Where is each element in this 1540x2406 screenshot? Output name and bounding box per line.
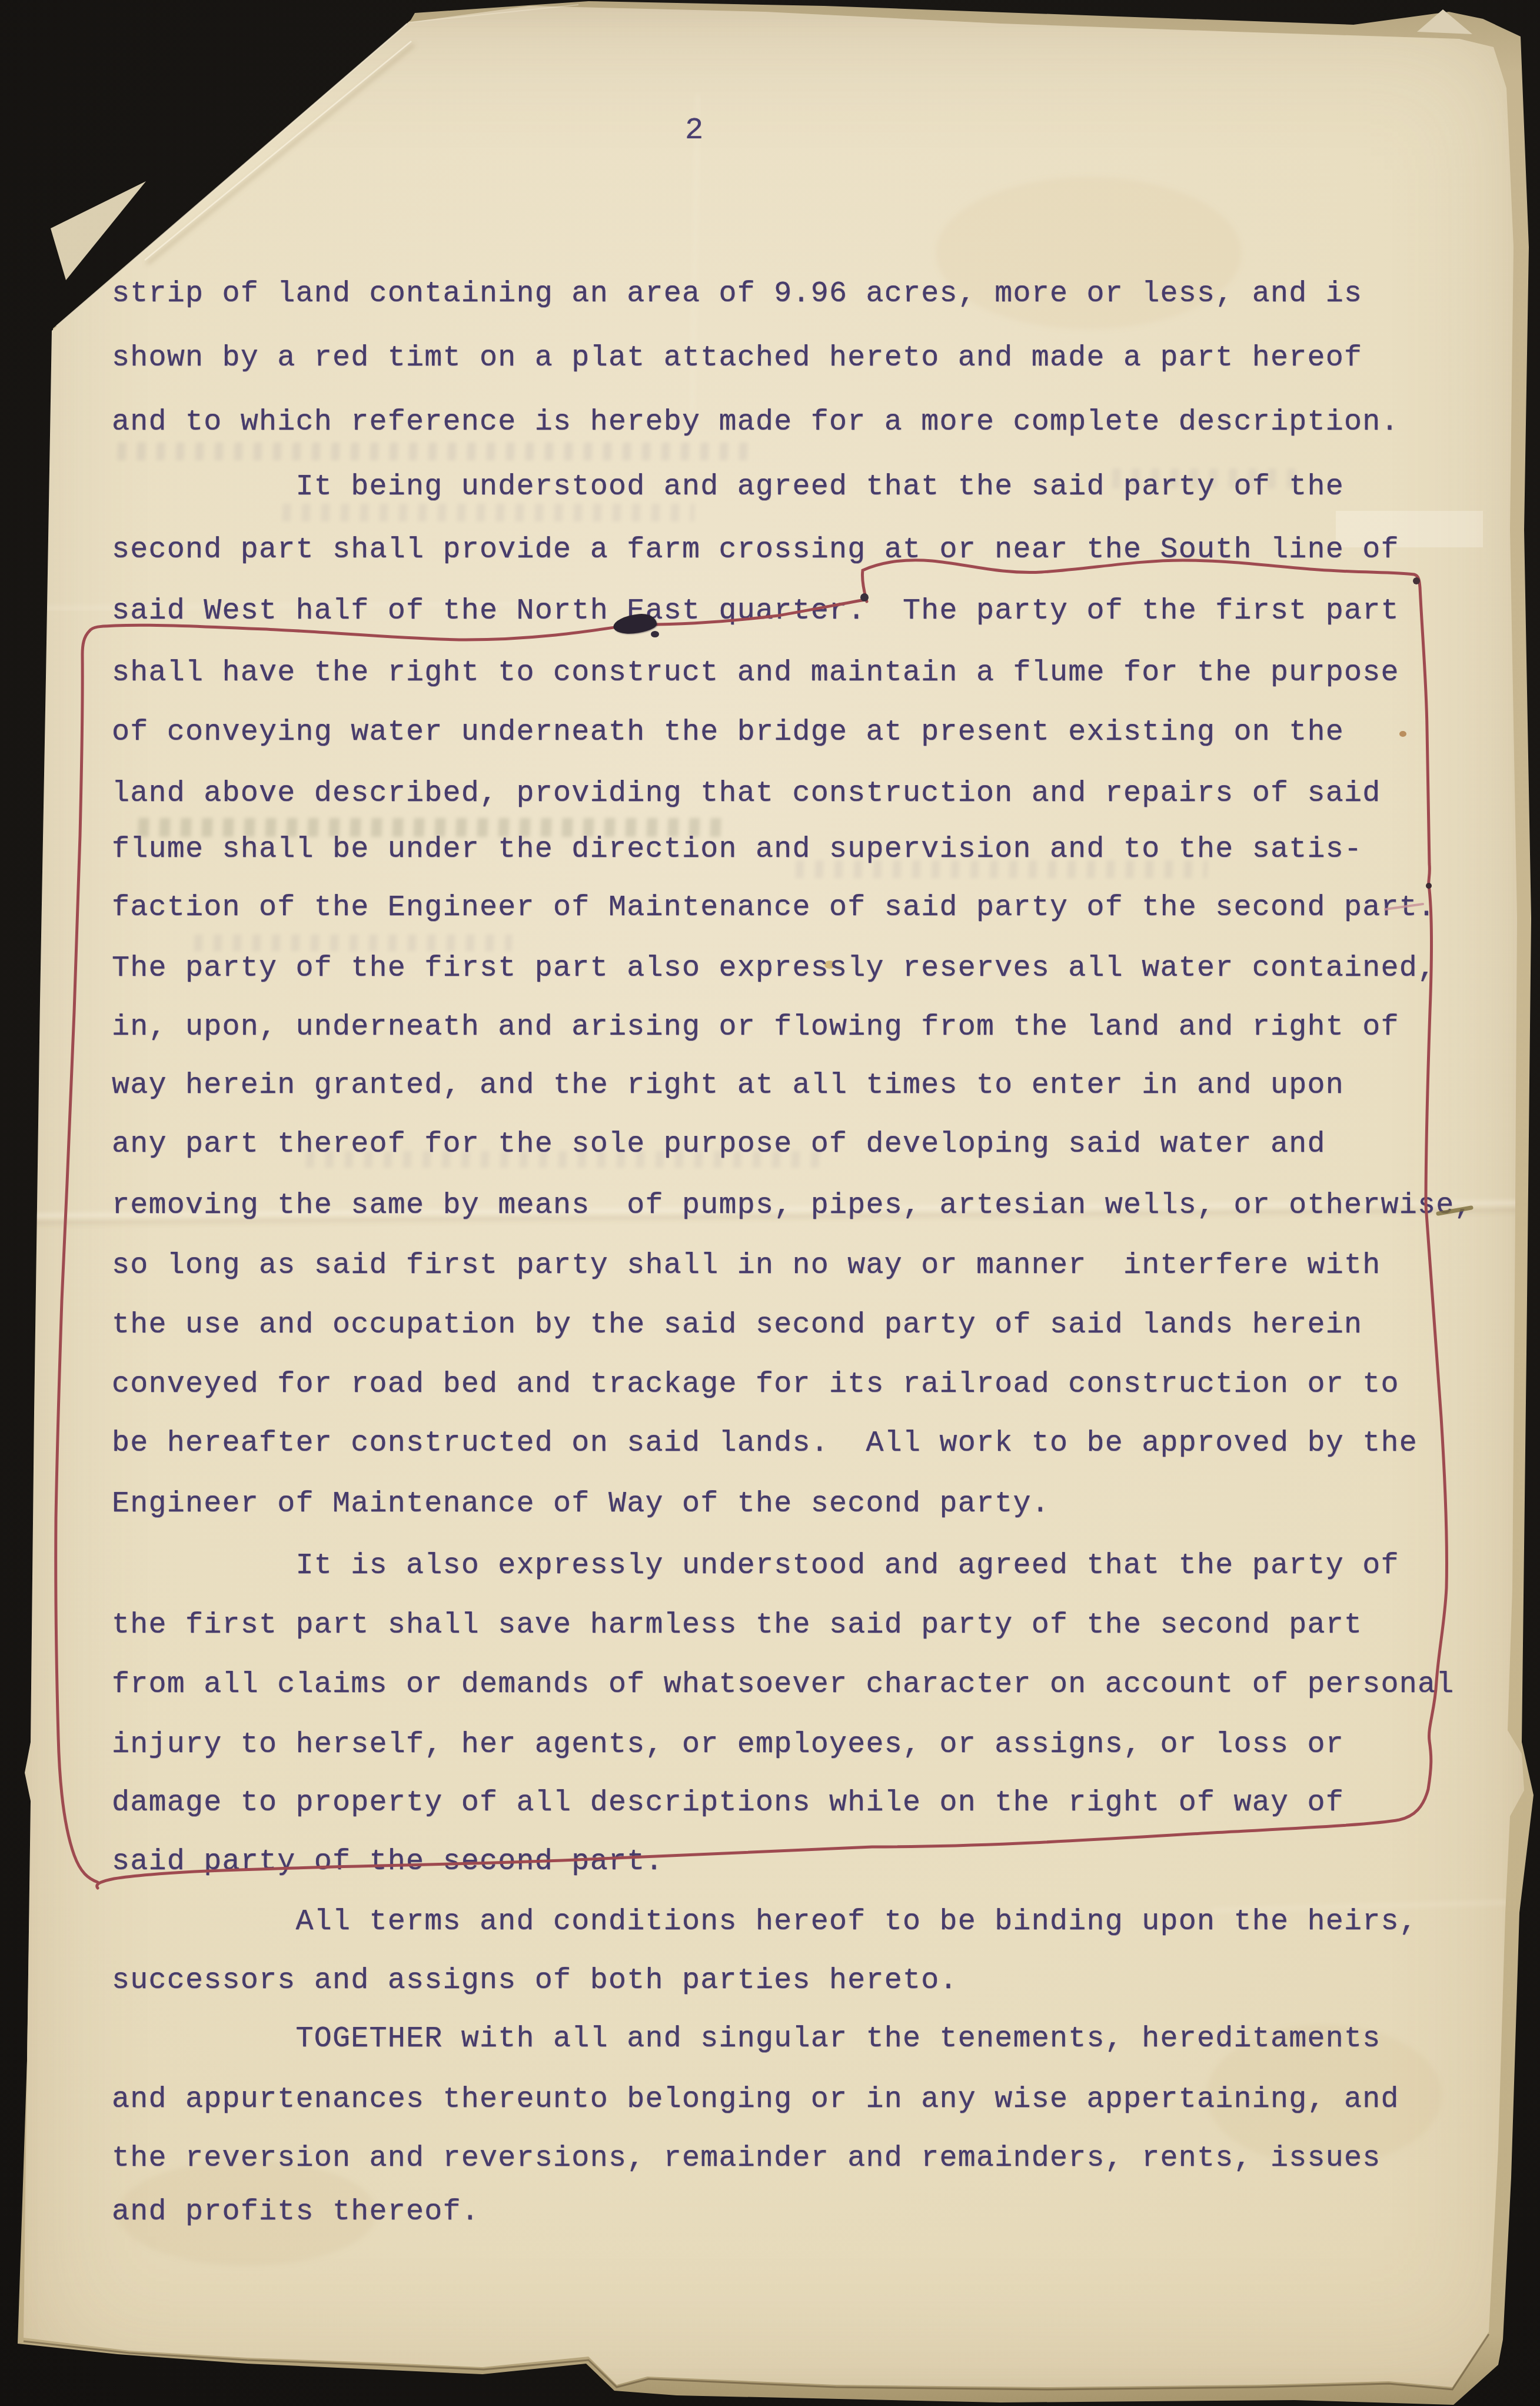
scan-photograph: { "document": { "page_number": "2", "pap…: [0, 0, 1540, 2406]
top-edge-highlight: [408, 5, 578, 22]
bottom-edge-shadow: [24, 2334, 1489, 2390]
paper-edge-highlights: [0, 0, 1540, 2406]
fold-edge-highlight: [56, 24, 407, 326]
